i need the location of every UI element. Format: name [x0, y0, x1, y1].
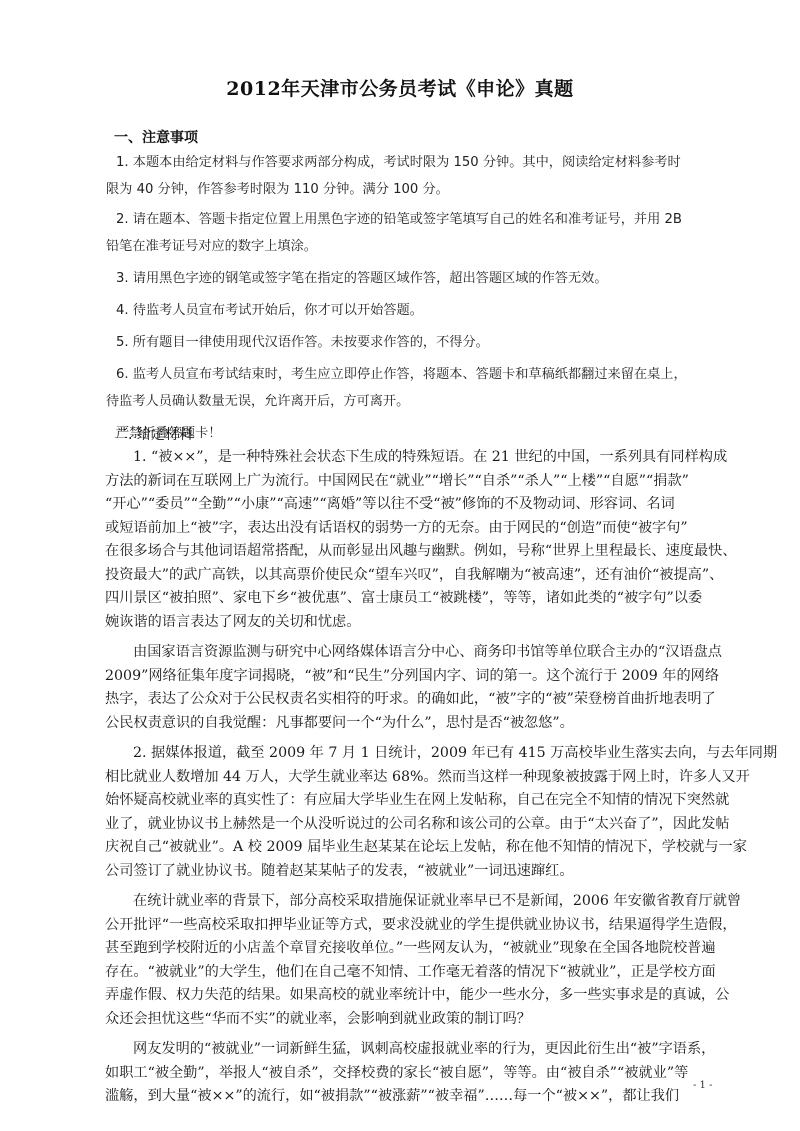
notice-item: 2. 请在题本、答题卡指定位置上用黑色字迹的铅笔或签字笔填写自己的姓名和准考证号…: [106, 206, 706, 260]
material-paragraph: 在统计就业率的背景下，部分高校采取措施保证就业率早已不是新闻，2006 年安徽省…: [105, 890, 710, 1031]
material-line: 公开批评“一些高校采取扣押毕业证等方式，要求没就业的学生提供就业协议书，结果逼得…: [105, 914, 710, 938]
material-line: 网友发明的“被就业”一词新鲜生猛，讽刺高校虚报就业率的行为，更因此衍生出“被”字…: [105, 1038, 710, 1062]
material-line: 业了，就业协议书上赫然是一个从没听说过的公司名称和该公司的公章。由于“太兴奋了”…: [105, 813, 710, 837]
material-paragraph: 2. 据媒体报道，截至 2009 年 7 月 1 日统计，2009 年已有 41…: [105, 742, 710, 883]
material-line: 存在。“被就业”的大学生，他们在自己毫不知情、工作毫无着落的情况下“被就业”，正…: [105, 961, 710, 985]
section-heading-material: 二. 给定材料: [114, 424, 193, 444]
material-line: 众还会担忧这些“华而不实”的就业率，会影响到就业政策的制订吗？: [105, 1008, 710, 1032]
material-line: 方法的新词在互联网上广为流行。中国网民在“就业”“增长”“自杀”“杀人”“上楼”…: [105, 470, 710, 494]
material-line: 相比就业人数增加 44 万人，大学生就业率达 68%。然而当这样一种现象被披露于…: [105, 766, 710, 790]
material-line: 庆祝自己“被就业”。A 校 2009 届毕业生赵某某在论坛上发帖，称在他不知情的…: [105, 836, 710, 860]
material-line: 如职工“被全勤”，举报人“被自杀”，交择校费的家长“被自愿”，等等。由“被自杀”…: [105, 1062, 710, 1086]
notice-list: 1. 本题本由给定材料与作答要求两部分构成，考试时限为 150 分钟。其中，阅读…: [106, 149, 706, 447]
notice-line: 6. 监考人员宣布考试结束时，考生应立即停止作答，将题本、答题卡和草稿纸都翻过来…: [106, 361, 706, 388]
material-line: 热字，表达了公众对于公民权责名实相符的吁求。的确如此，“被”字的“被”荣登榜首曲…: [105, 688, 710, 712]
notice-line: 2. 请在题本、答题卡指定位置上用黑色字迹的铅笔或签字笔填写自己的姓名和准考证号…: [106, 206, 706, 233]
material-line: 四川景区“被拍照”、家电下乡“被优惠”、富士康员工“被跳楼”，等等，诸如此类的“…: [105, 587, 710, 611]
notice-line: 3. 请用黑色字迹的钢笔或签字笔在指定的答题区域作答，超出答题区域的作答无效。: [106, 265, 706, 292]
material-line: 1. “被××”，是一种特殊社会状态下生成的特殊短语。在 21 世纪的中国，一系…: [105, 446, 710, 470]
material-line: 始怀疑高校就业率的真实性了：有应届大学毕业生在网上发帖称，自己在完全不知情的情况…: [105, 789, 710, 813]
notice-line: 限为 40 分钟，作答参考时限为 110 分钟。满分 100 分。: [106, 176, 706, 203]
notice-item: 1. 本题本由给定材料与作答要求两部分构成，考试时限为 150 分钟。其中，阅读…: [106, 149, 706, 203]
document-page: 2012年天津市公务员考试《申论》真题 一、注意事项 1. 本题本由给定材料与作…: [0, 0, 800, 1131]
material-line: 在统计就业率的背景下，部分高校采取措施保证就业率早已不是新闻，2006 年安徽省…: [105, 890, 710, 914]
notice-line: 铅笔在准考证号对应的数字上填涂。: [106, 233, 706, 260]
material-line: 2009”网络征集年度字词揭晓，“被”和“民生”分列国内字、词的第一。这个流行于…: [105, 665, 710, 689]
material-line: 滥觞，到大量“被××”的流行，如“被捐款”“被涨薪”“被幸福”……每一个“被××…: [105, 1085, 710, 1109]
section-heading-notice: 一、注意事项: [114, 127, 198, 147]
material-line: 2. 据媒体报道，截至 2009 年 7 月 1 日统计，2009 年已有 41…: [105, 742, 710, 766]
material-paragraph: 由国家语言资源监测与研究中心网络媒体语言分中心、商务印书馆等单位联合主办的“汉语…: [105, 641, 710, 735]
material-line: 在很多场合与其他词语超常搭配，从而彰显出风趣与幽默。例如，号称“世界上里程最长、…: [105, 540, 710, 564]
notice-line: 5. 所有题目一律使用现代汉语作答。未按要求作答的，不得分。: [106, 329, 706, 356]
notice-item: 6. 监考人员宣布考试结束时，考生应立即停止作答，将题本、答题卡和草稿纸都翻过来…: [106, 361, 706, 415]
material-line: 公民权责意识的自我觉醒：凡事都要问一个“为什么”，思忖是否“被忽悠”。: [105, 712, 710, 736]
material-line: 甚至跑到学校附近的小店盖个章冒充接收单位。”一些网友认为，“被就业”现象在全国各…: [105, 937, 710, 961]
notice-line: 4. 待监考人员宣布考试开始后，你才可以开始答题。: [106, 297, 706, 324]
material-body: 1. “被××”，是一种特殊社会状态下生成的特殊短语。在 21 世纪的中国，一系…: [105, 446, 710, 1109]
page-number: - 1 -: [693, 1080, 712, 1091]
material-line: 公司签订了就业协议书。随着赵某某帖子的发表，“被就业”一词迅速蹿红。: [105, 860, 710, 884]
notice-item: 4. 待监考人员宣布考试开始后，你才可以开始答题。: [106, 297, 706, 324]
material-line: 由国家语言资源监测与研究中心网络媒体语言分中心、商务印书馆等单位联合主办的“汉语…: [105, 641, 710, 665]
notice-line: 待监考人员确认数量无误，允许离开后，方可离开。: [106, 388, 706, 415]
notice-warning: 严禁折叠答题卡！: [106, 420, 706, 447]
material-line: 婉诙谐的语言表达了网友的关切和忧虑。: [105, 611, 710, 635]
notice-line: 1. 本题本由给定材料与作答要求两部分构成，考试时限为 150 分钟。其中，阅读…: [106, 149, 706, 176]
notice-item: 3. 请用黑色字迹的钢笔或签字笔在指定的答题区域作答，超出答题区域的作答无效。: [106, 265, 706, 292]
material-line: 或短语前加上“被”字，表达出没有话语权的弱势一方的无奈。由于网民的“创造”而使“…: [105, 517, 710, 541]
material-line: “开心”“委员”“全勤”“小康”“高速”“离婚”等以往不受“被”修饰的不及物动词…: [105, 493, 710, 517]
material-line: 投资最大”的武广高铁，以其高票价使民众“望车兴叹”，自我解嘲为“被高速”，还有油…: [105, 564, 710, 588]
warning-line: 严禁折叠答题卡！: [106, 420, 706, 447]
material-paragraph: 1. “被××”，是一种特殊社会状态下生成的特殊短语。在 21 世纪的中国，一系…: [105, 446, 710, 634]
material-paragraph: 网友发明的“被就业”一词新鲜生猛，讽刺高校虚报就业率的行为，更因此衍生出“被”字…: [105, 1038, 710, 1109]
notice-item: 5. 所有题目一律使用现代汉语作答。未按要求作答的，不得分。: [106, 329, 706, 356]
material-line: 弄虚作假、权力失范的结果。如果高校的就业率统计中，能少一些水分，多一些实事求是的…: [105, 984, 710, 1008]
document-title: 2012年天津市公务员考试《申论》真题: [0, 74, 800, 101]
